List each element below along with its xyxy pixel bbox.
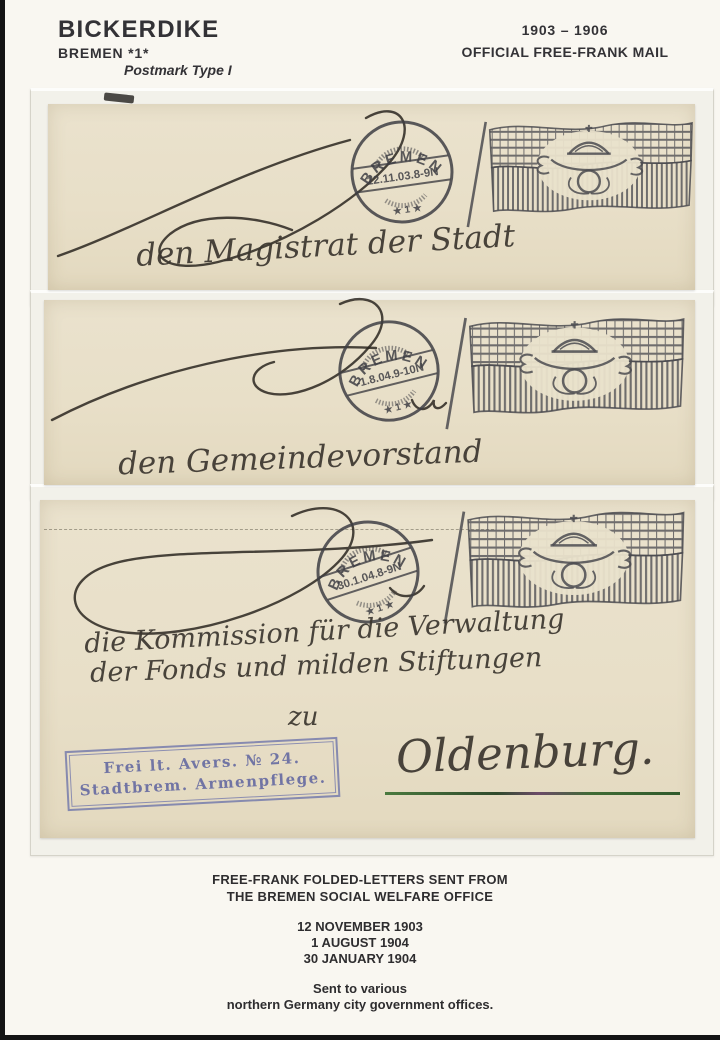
page-title: BICKERDIKE	[58, 16, 219, 44]
page-subtitle: BREMEN *1*	[58, 45, 149, 61]
caption-date-2: 1 AUGUST 1904	[0, 935, 720, 951]
free-frank-handstamp-box: Frei lt. Avers. № 24. Stadtbrem. Armenpf…	[69, 741, 336, 807]
caption-note: Sent to various northern Germany city go…	[0, 981, 720, 1013]
flag-cancellation-2	[430, 310, 692, 434]
caption-title-line2: THE BREMEN SOCIAL WELFARE OFFICE	[0, 888, 720, 905]
caption-date-1: 12 NOVEMBER 1903	[0, 919, 720, 935]
category-label: OFFICIAL FREE-FRANK MAIL	[430, 44, 700, 60]
address-line-destination: Oldenburg.	[395, 722, 655, 784]
caption-dates: 12 NOVEMBER 1903 1 AUGUST 1904 30 JANUAR…	[0, 919, 720, 967]
address-line: zu	[288, 702, 318, 732]
period-label: 1903 – 1906	[430, 22, 700, 38]
caption-note-line2: northern Germany city government offices…	[0, 997, 720, 1013]
scan-edge-bottom	[0, 1035, 720, 1040]
flag-cancellation-1	[452, 114, 700, 232]
caption-title-line1: FREE-FRANK FOLDED-LETTERS SENT FROM	[0, 871, 720, 888]
caption-title: FREE-FRANK FOLDED-LETTERS SENT FROM THE …	[0, 871, 720, 905]
bremen-circular-postmark-1: BREMEN 12.11.03.8-9N ★ 1 ★	[334, 104, 470, 240]
caption-note-line1: Sent to various	[0, 981, 720, 997]
postmark-type-label: Postmark Type I	[124, 62, 232, 78]
caption-date-3: 30 JANUARY 1904	[0, 951, 720, 967]
postmark-index: ★ 1 ★	[392, 203, 422, 218]
address-underline	[385, 792, 680, 795]
postmark-index: ★ 1 ★	[383, 399, 414, 417]
header-right-block: 1903 – 1906 OFFICIAL FREE-FRANK MAIL	[430, 22, 700, 60]
